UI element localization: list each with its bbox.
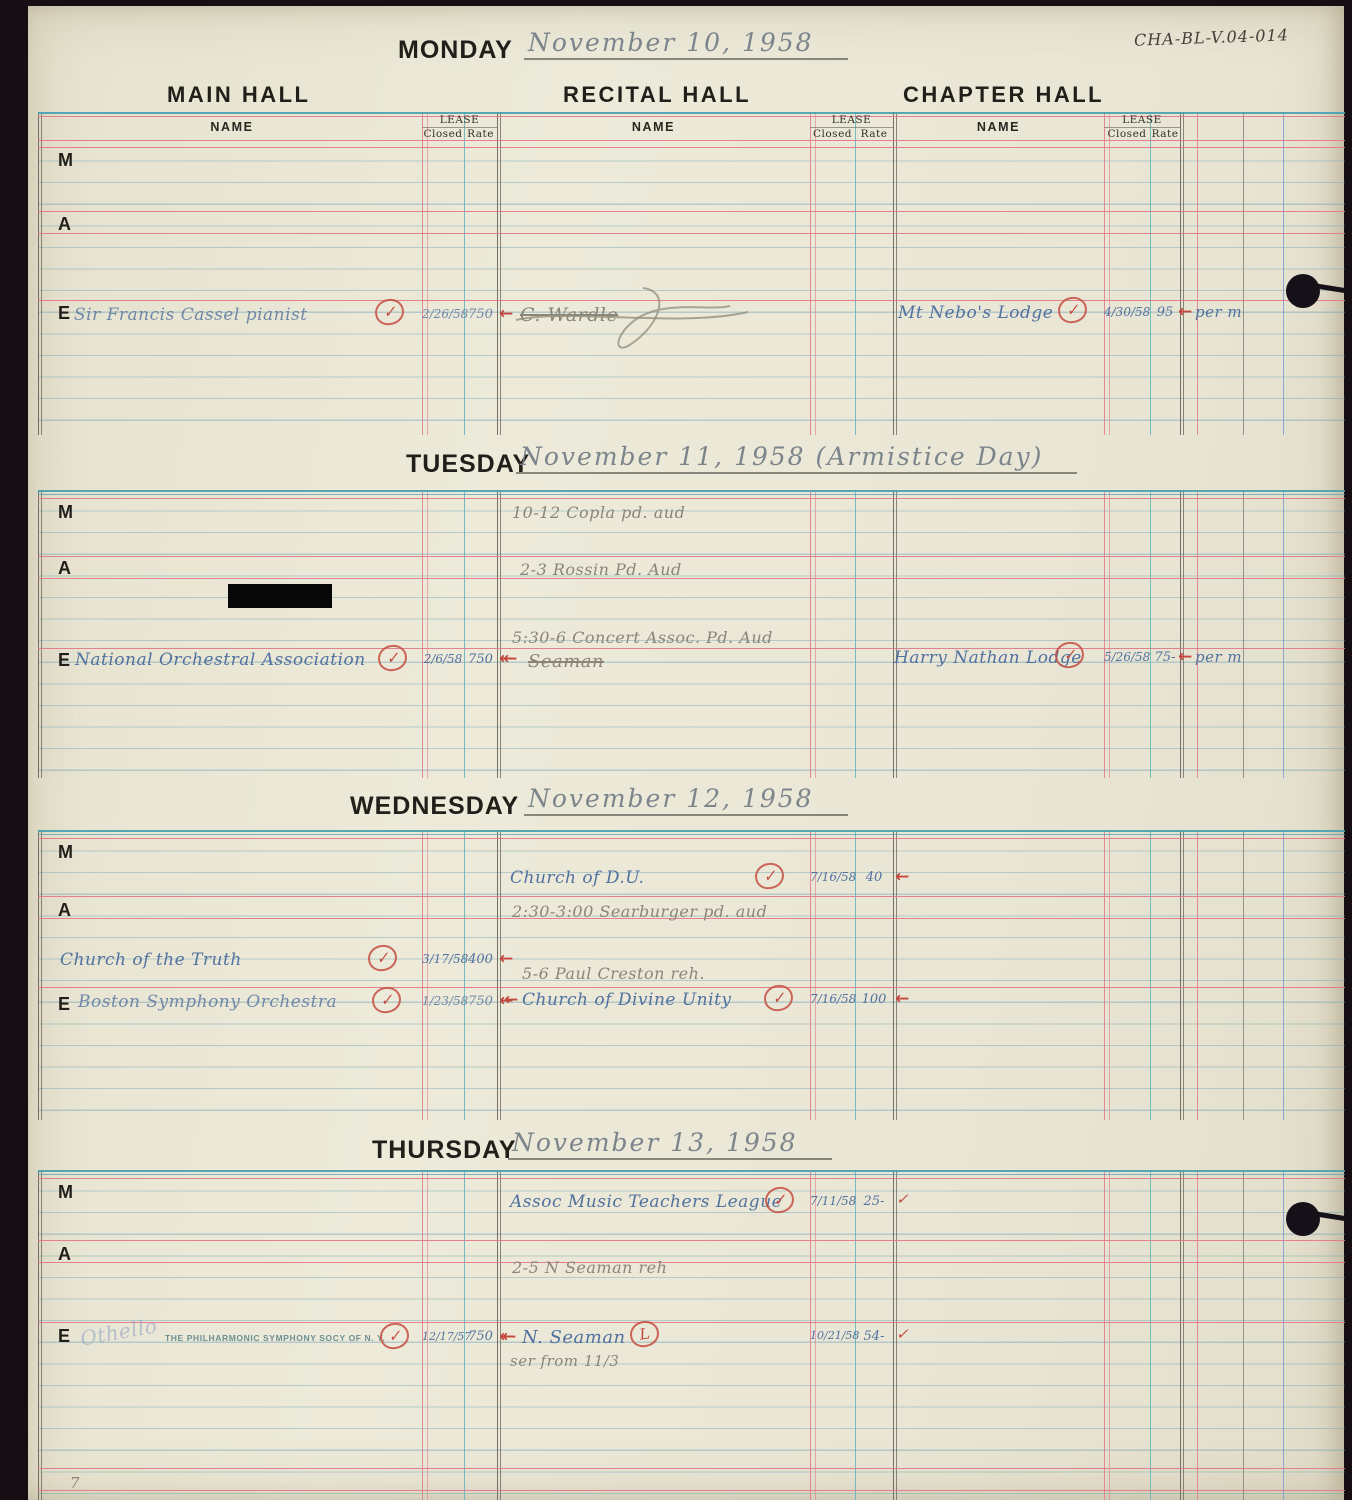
date-handwritten-monday: November 10, 1958 (524, 28, 848, 60)
left-arrow-mark: ← (499, 949, 513, 969)
lease-rate-value: 750 (464, 1329, 497, 1344)
entry-name-crossed-out: Seaman (528, 651, 604, 672)
row-label-a: A (58, 558, 71, 579)
row-label-e: E (58, 994, 70, 1015)
entry-name: Harry Nathan Lodge (894, 648, 1082, 668)
lease-note: per m (1195, 303, 1242, 321)
lease-rate-value: 100 (855, 992, 893, 1007)
redaction-box (228, 584, 332, 608)
rate-header: Rate (1150, 128, 1180, 140)
entry-name: Boston Symphony Orchestra (78, 992, 337, 1012)
row-label-m: M (58, 1182, 73, 1203)
entry-name: N. Seaman (522, 1327, 626, 1348)
day-section-monday: NAME LEASE Closed Rate NAME LEASE Closed… (38, 112, 1345, 435)
day-section-tuesday: M A E 10-12 Copla pd. aud 2-3 Rossin Pd.… (38, 490, 1345, 778)
lease-closed-value: 12/17/57 (422, 1330, 464, 1343)
lease-note: per m (1195, 648, 1242, 666)
left-arrow-mark: ← (499, 649, 513, 669)
lease-closed-value: 7/16/58 (810, 992, 855, 1006)
entry-name: Church of Divine Unity (522, 990, 732, 1010)
left-arrow-mark: ← (502, 1327, 516, 1347)
name-column-header: NAME (42, 120, 422, 134)
left-arrow-mark: ← (895, 989, 909, 1009)
lease-closed-value: 1/23/58 (422, 994, 464, 1008)
day-label-wednesday: WEDNESDAY (350, 792, 519, 821)
left-arrow-mark: ← (499, 304, 513, 324)
schedule-note: ser from 11/3 (510, 1352, 619, 1370)
entry-name: Church of the Truth (60, 950, 242, 970)
corner-pencil-mark: 7 (70, 1474, 80, 1492)
schedule-note: 2:30-3:00 Searburger pd. aud (512, 902, 767, 921)
rate-header: Rate (464, 128, 497, 140)
row-label-a: A (58, 214, 71, 235)
row-label-m: M (58, 150, 73, 171)
day-label-tuesday: TUESDAY (406, 450, 530, 479)
lease-closed-value: 7/16/58 (810, 870, 855, 884)
day-section-thursday: M A E Assoc Music Teachers League ✓ 7/11… (38, 1170, 1345, 1500)
row-label-a: A (58, 900, 71, 921)
day-label-thursday: THURSDAY (372, 1136, 517, 1165)
row-label-m: M (58, 842, 73, 863)
entry-name: Assoc Music Teachers League (510, 1192, 782, 1212)
closed-header: Closed (810, 128, 855, 140)
date-handwritten-thursday: November 13, 1958 (508, 1128, 832, 1160)
schedule-note: 2-3 Rossin Pd. Aud (520, 560, 682, 579)
entry-name: Church of D.U. (510, 868, 644, 888)
entry-name-crossed-out: C. Wardle (520, 304, 618, 326)
entry-name: Mt Nebo's Lodge (898, 303, 1053, 323)
lease-closed-value: 7/11/58 (810, 1194, 855, 1208)
row-label-e: E (58, 303, 70, 324)
left-arrow-mark: ← (1178, 647, 1192, 667)
lease-rate-value: 40 (855, 870, 893, 885)
lease-rate-value: 750 (464, 307, 497, 322)
row-label-e: E (58, 650, 70, 671)
lease-rate-value: 750 (464, 652, 497, 667)
row-label-m: M (58, 502, 73, 523)
lease-closed-value: 10/21/58 (810, 1329, 855, 1342)
lease-closed-value: 5/26/58 (1104, 650, 1150, 664)
lease-rate-value: 750 (464, 994, 497, 1009)
left-arrow-mark: ← (1178, 302, 1192, 322)
lease-rate-value: 400 (464, 952, 497, 967)
lease-header: LEASE (1104, 114, 1180, 126)
day-section-wednesday: M A E Church of D.U. ✓ 7/16/58 40 ← 2:30… (38, 830, 1345, 1120)
row-label-a: A (58, 1244, 71, 1265)
lease-header: LEASE (422, 114, 497, 126)
row-label-e: E (58, 1326, 70, 1347)
punch-hole (1286, 1202, 1320, 1236)
lease-header: LEASE (810, 114, 893, 126)
closed-header: Closed (1104, 128, 1150, 140)
stamp-philharmonic: THE PHILHARMONIC SYMPHONY SOCY OF N. Y. (165, 1333, 385, 1343)
lease-rate-value: 75- (1150, 650, 1180, 665)
closed-header: Closed (422, 128, 464, 140)
ruled-lines (38, 140, 1345, 435)
scanned-ledger-page: { "page": { "ref": "CHA-BL-V.04-014", "h… (0, 0, 1352, 1500)
hall-title-chapter: CHAPTER HALL (903, 82, 1104, 108)
entry-name: National Orchestral Association (75, 650, 366, 670)
hall-title-recital: RECITAL HALL (563, 82, 751, 108)
lease-rate-value: 54- (855, 1329, 893, 1344)
lease-closed-value: 3/17/58 (422, 952, 464, 966)
lease-closed-value: 2/6/58 (422, 652, 464, 666)
left-arrow-mark: ← (504, 990, 518, 1010)
punch-hole (1286, 274, 1320, 308)
date-handwritten-wednesday: November 12, 1958 (524, 784, 848, 816)
lease-rate-value: 95 (1150, 305, 1180, 320)
day-label-monday: MONDAY (398, 36, 513, 65)
left-arrow-mark: ← (895, 867, 909, 887)
lease-closed-value: 2/26/58 (422, 307, 464, 321)
entry-name: Sir Francis Cassel pianist (74, 305, 308, 325)
hall-title-main: MAIN HALL (167, 82, 310, 108)
red-check-mark: ✓ (896, 1190, 909, 1208)
lease-closed-value: 4/30/58 (1104, 305, 1150, 319)
date-handwritten-tuesday: November 11, 1958 (Armistice Day) (516, 442, 1077, 474)
name-column-header: NAME (893, 120, 1104, 134)
lease-rate-value: 25- (855, 1194, 893, 1209)
red-check-mark: ✓ (896, 1325, 909, 1343)
schedule-note: 10-12 Copla pd. aud (512, 503, 685, 522)
schedule-note: 5-6 Paul Creston reh. (522, 964, 705, 983)
rate-header: Rate (855, 128, 893, 140)
schedule-note: 2-5 N Seaman reh (512, 1258, 667, 1277)
name-column-header: NAME (497, 120, 810, 134)
schedule-note: 5:30-6 Concert Assoc. Pd. Aud (512, 628, 773, 647)
